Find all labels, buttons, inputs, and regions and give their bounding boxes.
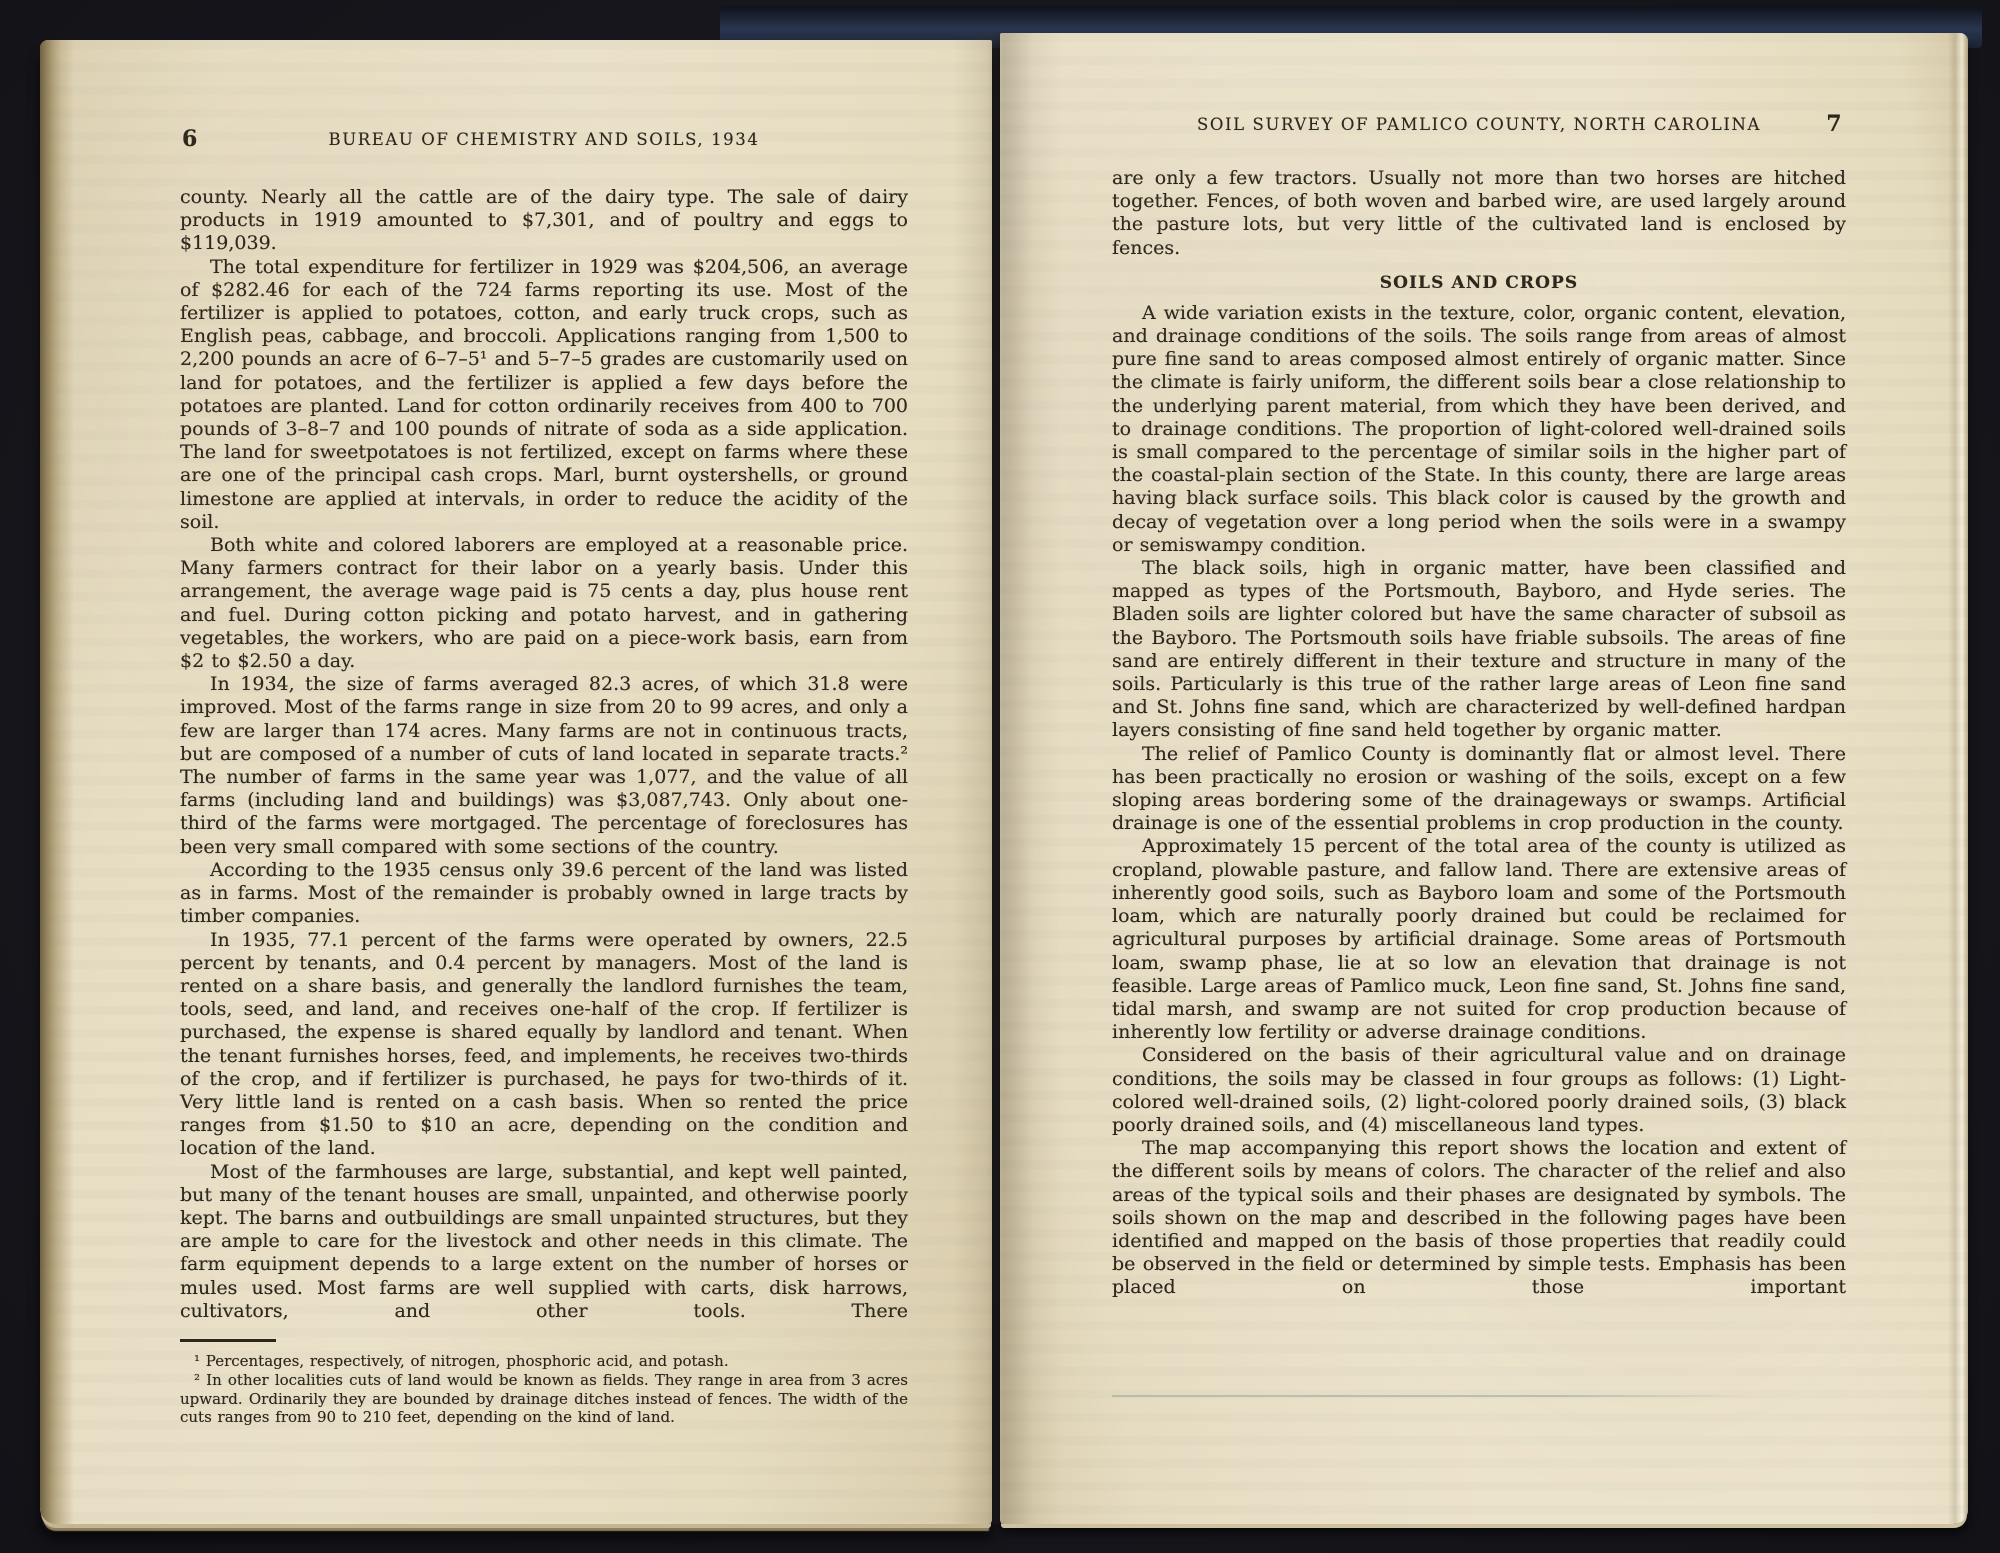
footnote: ¹ Percentages, respectively, of nitrogen… [180, 1352, 908, 1371]
paragraph: The black soils, high in organic matter,… [1112, 557, 1846, 743]
paragraph: The relief of Pamlico County is dominant… [1112, 743, 1846, 836]
footnote-rule [180, 1339, 276, 1342]
paragraph: are only a few tractors. Usually not mor… [1112, 167, 1846, 260]
book-photo: 6 BUREAU OF CHEMISTRY AND SOILS, 1934 co… [0, 0, 2000, 1553]
footnote: ² In other localities cuts of land would… [180, 1371, 908, 1427]
left-page-header: 6 BUREAU OF CHEMISTRY AND SOILS, 1934 [180, 130, 908, 156]
page-number-left: 6 [182, 126, 198, 152]
paragraph: The total expenditure for fertilizer in … [180, 256, 908, 534]
running-header-right: SOIL SURVEY OF PAMLICO COUNTY, NORTH CAR… [1112, 115, 1846, 134]
paragraph: According to the 1935 census only 39.6 p… [180, 859, 908, 929]
right-page-body: are only a few tractors. Usually not mor… [1112, 167, 1846, 1300]
paragraph: Most of the farmhouses are large, substa… [180, 1161, 908, 1323]
paragraph: In 1935, 77.1 percent of the farms were … [180, 929, 908, 1161]
section-heading: SOILS AND CROPS [1112, 273, 1846, 293]
page-edge-stack-left [40, 40, 74, 1524]
left-page-body: county. Nearly all the cattle are of the… [180, 186, 908, 1427]
left-page: 6 BUREAU OF CHEMISTRY AND SOILS, 1934 co… [40, 40, 992, 1524]
paragraph: county. Nearly all the cattle are of the… [180, 186, 908, 256]
paragraph: In 1934, the size of farms averaged 82.3… [180, 673, 908, 859]
paragraph: A wide variation exists in the texture, … [1112, 302, 1846, 557]
paragraph: Considered on the basis of their agricul… [1112, 1044, 1846, 1137]
left-page-content: 6 BUREAU OF CHEMISTRY AND SOILS, 1934 co… [180, 130, 908, 1427]
page-number-right: 7 [1826, 111, 1842, 137]
page-edge-right [1948, 33, 1968, 1524]
right-page-content: SOIL SURVEY OF PAMLICO COUNTY, NORTH CAR… [1112, 115, 1846, 1300]
running-header-left: BUREAU OF CHEMISTRY AND SOILS, 1934 [180, 130, 908, 149]
paragraph: Both white and colored laborers are empl… [180, 534, 908, 673]
paragraph: Approximately 15 percent of the total ar… [1112, 835, 1846, 1044]
right-page-header: SOIL SURVEY OF PAMLICO COUNTY, NORTH CAR… [1112, 115, 1846, 141]
paragraph: The map accompanying this report shows t… [1112, 1137, 1846, 1299]
right-page: SOIL SURVEY OF PAMLICO COUNTY, NORTH CAR… [1000, 33, 1968, 1524]
showthrough-rule [1112, 1395, 1760, 1397]
